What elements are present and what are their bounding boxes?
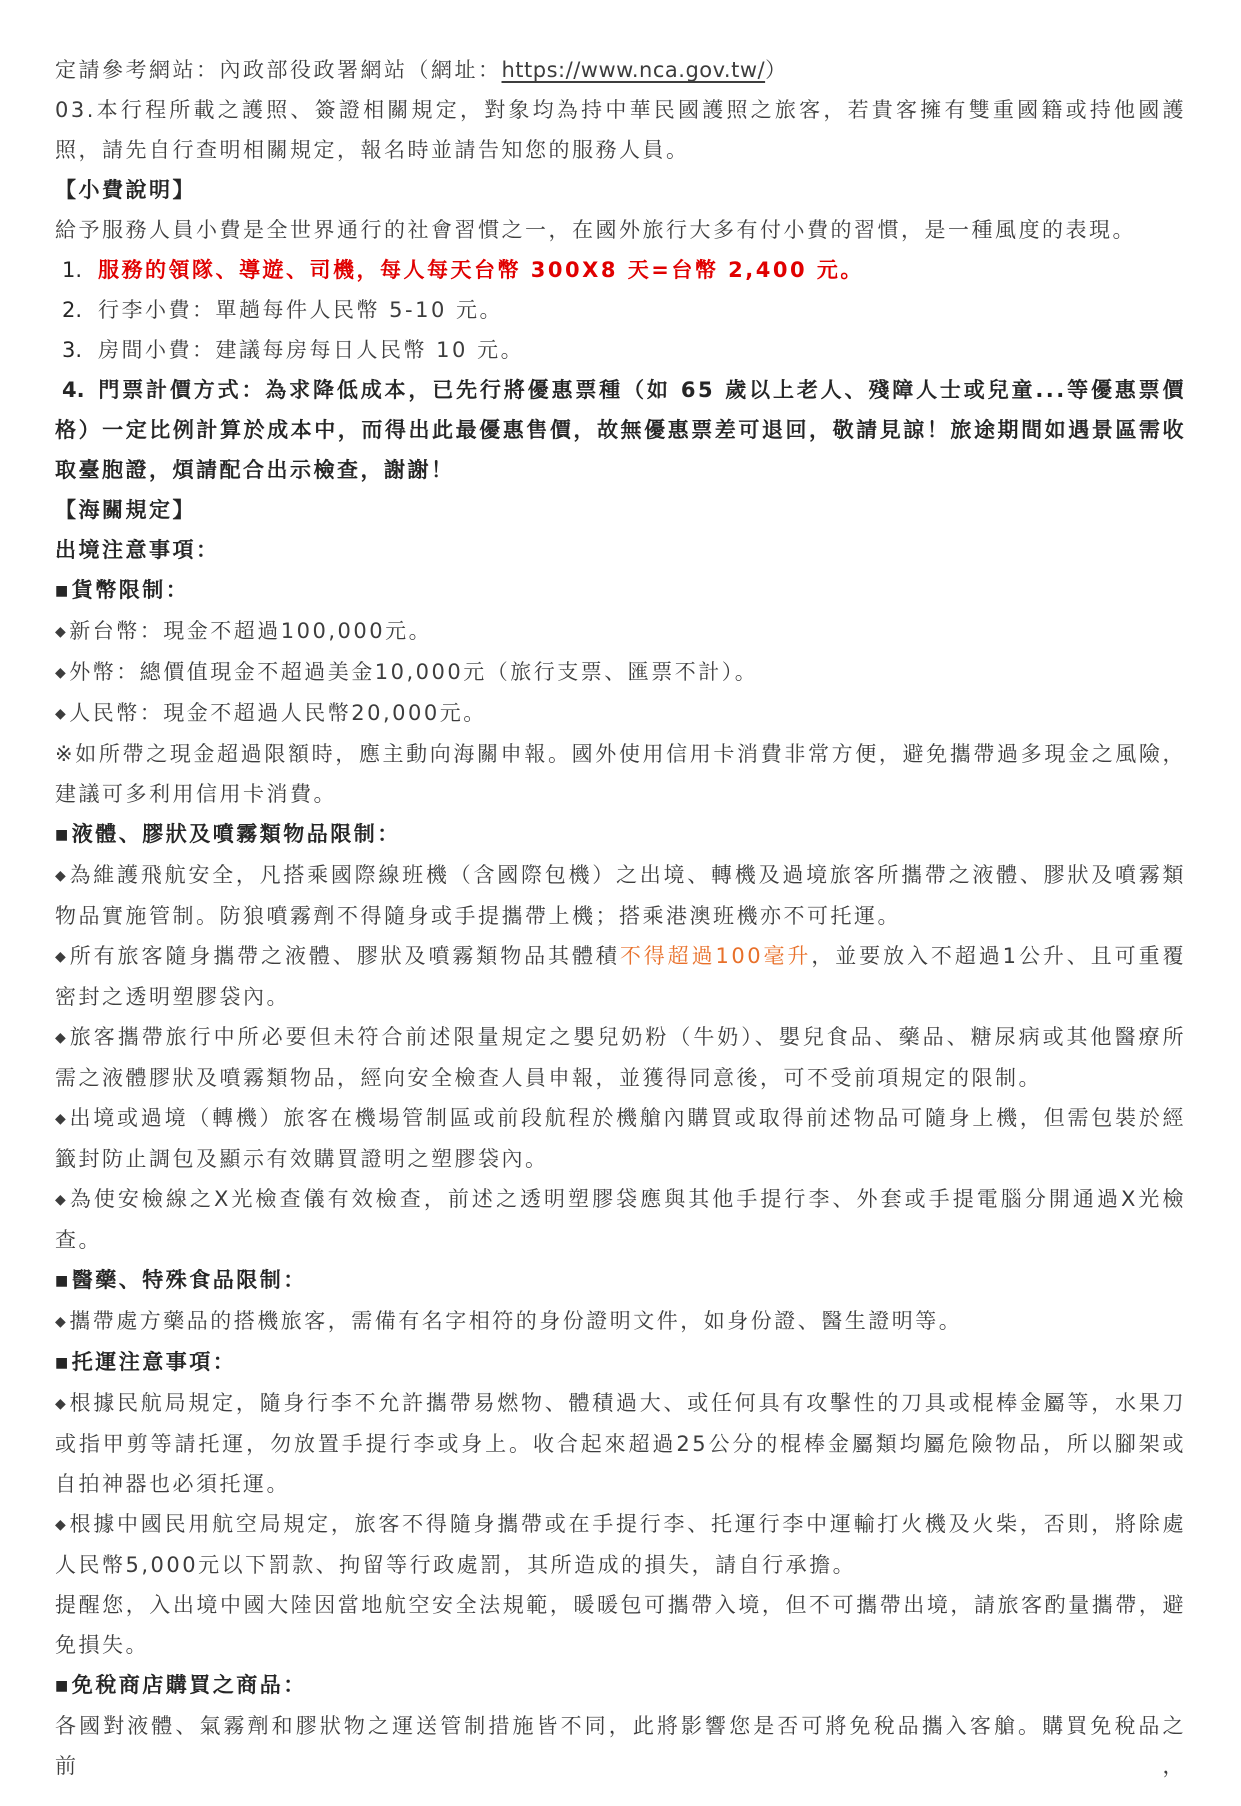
currency-foreign-item: ◆外幣：總價值現金不超過美金10,000元（旅行支票、匯票不計）。 — [55, 652, 1186, 693]
diamond-bullet-icon: ◆ — [55, 665, 68, 681]
liquids-rule-100ml-text: 所有旅客隨身攜帶之液體、膠狀及噴霧類物品其體積 — [70, 944, 620, 968]
diamond-bullet-icon: ◆ — [55, 1192, 69, 1208]
tip-item-luggage-text: 行李小費：單趟每件人民幣 5-10 元。 — [98, 298, 503, 322]
square-bullet-icon: ■ — [55, 827, 71, 843]
checked-baggage-heading: ■托運注意事項： — [55, 1342, 1186, 1383]
tip-item-ticket-pricing: 4.門票計價方式：為求降低成本，已先行將優惠票種（如 65 歲以上老人、殘障人士… — [55, 370, 1186, 490]
liquids-rule-general-text: 為維護飛航安全，凡搭乘國際線班機（含國際包機）之出境、轉機及過境旅客所攜帶之液體… — [55, 863, 1186, 928]
liquids-rule-medical: ◆旅客攜帶旅行中所必要但未符合前述限量規定之嬰兒奶粉（牛奶）、嬰兒食品、藥品、糖… — [55, 1017, 1186, 1098]
medicine-limit-heading-text: 醫藥、特殊食品限制： — [72, 1268, 307, 1292]
tip-item-ticket-pricing-number: 4. — [55, 370, 86, 410]
website-reference-paragraph-text: ） — [765, 58, 789, 82]
tips-section-heading-text: 【小費說明】 — [55, 178, 196, 202]
diamond-bullet-icon: ◆ — [55, 1030, 69, 1046]
currency-rmb-item: ◆人民幣：現金不超過人民幣20,000元。 — [55, 693, 1186, 734]
tip-item-guide-driver-number: 1. — [55, 250, 86, 290]
tips-intro-paragraph-text: 給予服務人員小費是全世界通行的社會習慣之一，在國外旅行大多有付小費的習慣，是一種… — [55, 218, 1136, 242]
diamond-bullet-icon: ◆ — [55, 1517, 69, 1533]
diamond-bullet-icon: ◆ — [55, 949, 69, 965]
liquids-rule-xray: ◆為使安檢線之X光檢查儀有效檢查，前述之透明塑膠袋應與其他手提行李、外套或手提電… — [55, 1179, 1186, 1260]
checked-rule-lighters: ◆根據中國民用航空局規定，旅客不得隨身攜帶或在手提行李、托運行李中運輸打火機及火… — [55, 1504, 1186, 1585]
diamond-bullet-icon: ◆ — [55, 868, 69, 884]
document-body: 定請參考網站：內政部役政署網站（網址：https://www.nca.gov.t… — [55, 50, 1186, 1786]
currency-limit-heading: ■貨幣限制： — [55, 570, 1186, 611]
document-page: 定請參考網站：內政部役政署網站（網址：https://www.nca.gov.t… — [0, 0, 1241, 1806]
tip-item-room-number: 3. — [55, 330, 86, 370]
liquids-rule-dutyfree-bag: ◆出境或過境（轉機）旅客在機場管制區或前段航程於機艙內購買或取得前述物品可隨身上… — [55, 1098, 1186, 1179]
medicine-rule-prescription-text: 攜帶處方藥品的搭機旅客，需備有名字相符的身份證明文件，如身份證、醫生證明等。 — [69, 1309, 962, 1333]
currency-foreign-item-text: 外幣：總價值現金不超過美金10,000元（旅行支票、匯票不計）。 — [69, 660, 758, 684]
tip-item-room-text: 房間小費：建議每房每日人民幣 10 元。 — [98, 338, 524, 362]
orange-highlight-text: 不得超過100毫升 — [620, 944, 812, 968]
diamond-bullet-icon: ◆ — [55, 706, 68, 722]
checked-rule-caa-text: 根據民航局規定，隨身行李不允許攜帶易燃物、體積過大、或任何具有攻擊性的刀具或棍棒… — [55, 1391, 1186, 1496]
liquids-limit-heading: ■液體、膠狀及噴霧類物品限制： — [55, 814, 1186, 855]
square-bullet-icon: ■ — [55, 1273, 71, 1289]
liquids-rule-general: ◆為維護飛航安全，凡搭乘國際線班機（含國際包機）之出境、轉機及過境旅客所攜帶之液… — [55, 855, 1186, 936]
medicine-limit-heading: ■醫藥、特殊食品限制： — [55, 1260, 1186, 1301]
diamond-bullet-icon: ◆ — [55, 1111, 69, 1127]
tip-item-luggage: 2.行李小費：單趟每件人民幣 5-10 元。 — [55, 290, 1186, 330]
tip-item-room: 3.房間小費：建議每房每日人民幣 10 元。 — [55, 330, 1186, 370]
currency-rmb-item-text: 人民幣：現金不超過人民幣20,000元。 — [69, 701, 486, 725]
liquids-rule-medical-text: 旅客攜帶旅行中所必要但未符合前述限量規定之嬰兒奶粉（牛奶）、嬰兒食品、藥品、糖尿… — [55, 1025, 1186, 1090]
liquids-rule-100ml: ◆所有旅客隨身攜帶之液體、膠狀及噴霧類物品其體積不得超過100毫升，並要放入不超… — [55, 936, 1186, 1017]
dutyfree-goods-heading: ■免稅商店購買之商品： — [55, 1665, 1186, 1706]
website-reference-paragraph: 定請參考網站：內政部役政署網站（網址：https://www.nca.gov.t… — [55, 50, 1186, 90]
dutyfree-goods-paragraph: 各國對液體、氣霧劑和膠狀物之運送管制措施皆不同，此將影響您是否可將免稅品攜入客艙… — [55, 1706, 1186, 1786]
checked-rule-lighters-text: 根據中國民用航空局規定，旅客不得隨身攜帶或在手提行李、托運行李中運輸打火機及火柴… — [55, 1512, 1186, 1577]
tip-item-guide-driver-text: 服務的領隊、導遊、司機，每人每天台幣 300X8 天=台幣 2,400 元。 — [98, 258, 864, 282]
tip-item-guide-driver: 1.服務的領隊、導遊、司機，每人每天台幣 300X8 天=台幣 2,400 元。 — [55, 250, 1186, 290]
customs-section-heading-text: 【海關規定】 — [55, 498, 196, 522]
square-bullet-icon: ■ — [55, 583, 71, 599]
currency-twd-item-text: 新台幣：現金不超過100,000元。 — [69, 619, 432, 643]
square-bullet-icon: ■ — [55, 1678, 71, 1694]
warmer-pack-reminder-text: 提醒您，入出境中國大陸因當地航空安全法規範，暖暖包可攜帶入境，但不可攜帶出境，請… — [55, 1593, 1186, 1657]
passport-visa-note-paragraph-text: 03.本行程所載之護照、簽證相關規定，對象均為持中華民國護照之旅客，若貴客擁有雙… — [55, 98, 1186, 162]
tips-section-heading: 【小費說明】 — [55, 170, 1186, 210]
diamond-bullet-icon: ◆ — [55, 1396, 69, 1412]
checked-baggage-heading-text: 托運注意事項： — [72, 1350, 237, 1374]
tips-intro-paragraph: 給予服務人員小費是全世界通行的社會習慣之一，在國外旅行大多有付小費的習慣，是一種… — [55, 210, 1186, 250]
diamond-bullet-icon: ◆ — [55, 624, 68, 640]
nca-website-link[interactable]: https://www.nca.gov.tw/ — [502, 58, 766, 82]
diamond-bullet-icon: ◆ — [55, 1314, 68, 1330]
customs-section-heading: 【海關規定】 — [55, 490, 1186, 530]
dutyfree-goods-paragraph-text: 各國對液體、氣霧劑和膠狀物之運送管制措施皆不同，此將影響您是否可將免稅品攜入客艙… — [55, 1714, 1186, 1778]
passport-visa-note-paragraph: 03.本行程所載之護照、簽證相關規定，對象均為持中華民國護照之旅客，若貴客擁有雙… — [55, 90, 1186, 170]
cash-declaration-note: ※如所帶之現金超過限額時，應主動向海關申報。國外使用信用卡消費非常方便，避免攜帶… — [55, 734, 1186, 814]
checked-rule-caa: ◆根據民航局規定，隨身行李不允許攜帶易燃物、體積過大、或任何具有攻擊性的刀具或棍… — [55, 1383, 1186, 1504]
cash-declaration-note-text: ※如所帶之現金超過限額時，應主動向海關申報。國外使用信用卡消費非常方便，避免攜帶… — [55, 742, 1186, 806]
medicine-rule-prescription: ◆攜帶處方藥品的搭機旅客，需備有名字相符的身份證明文件，如身份證、醫生證明等。 — [55, 1301, 1186, 1342]
currency-twd-item: ◆新台幣：現金不超過100,000元。 — [55, 611, 1186, 652]
dutyfree-goods-heading-text: 免稅商店購買之商品： — [72, 1673, 307, 1697]
liquids-limit-heading-text: 液體、膠狀及噴霧類物品限制： — [72, 822, 401, 846]
square-bullet-icon: ■ — [55, 1355, 71, 1371]
currency-limit-heading-text: 貨幣限制： — [72, 578, 190, 602]
warmer-pack-reminder: 提醒您，入出境中國大陸因當地航空安全法規範，暖暖包可攜帶入境，但不可攜帶出境，請… — [55, 1585, 1186, 1665]
website-reference-paragraph-text: 定請參考網站：內政部役政署網站（網址： — [55, 58, 502, 82]
tip-item-luggage-number: 2. — [55, 290, 86, 330]
liquids-rule-dutyfree-bag-text: 出境或過境（轉機）旅客在機場管制區或前段航程於機艙內購買或取得前述物品可隨身上機… — [55, 1106, 1186, 1171]
tip-item-ticket-pricing-text: 門票計價方式：為求降低成本，已先行將優惠票種（如 65 歲以上老人、殘障人士或兒… — [55, 378, 1186, 482]
liquids-rule-xray-text: 為使安檢線之X光檢查儀有效檢查，前述之透明塑膠袋應與其他手提行李、外套或手提電腦… — [55, 1187, 1186, 1252]
departure-notes-heading: 出境注意事項： — [55, 530, 1186, 570]
departure-notes-heading-text: 出境注意事項： — [55, 538, 220, 562]
